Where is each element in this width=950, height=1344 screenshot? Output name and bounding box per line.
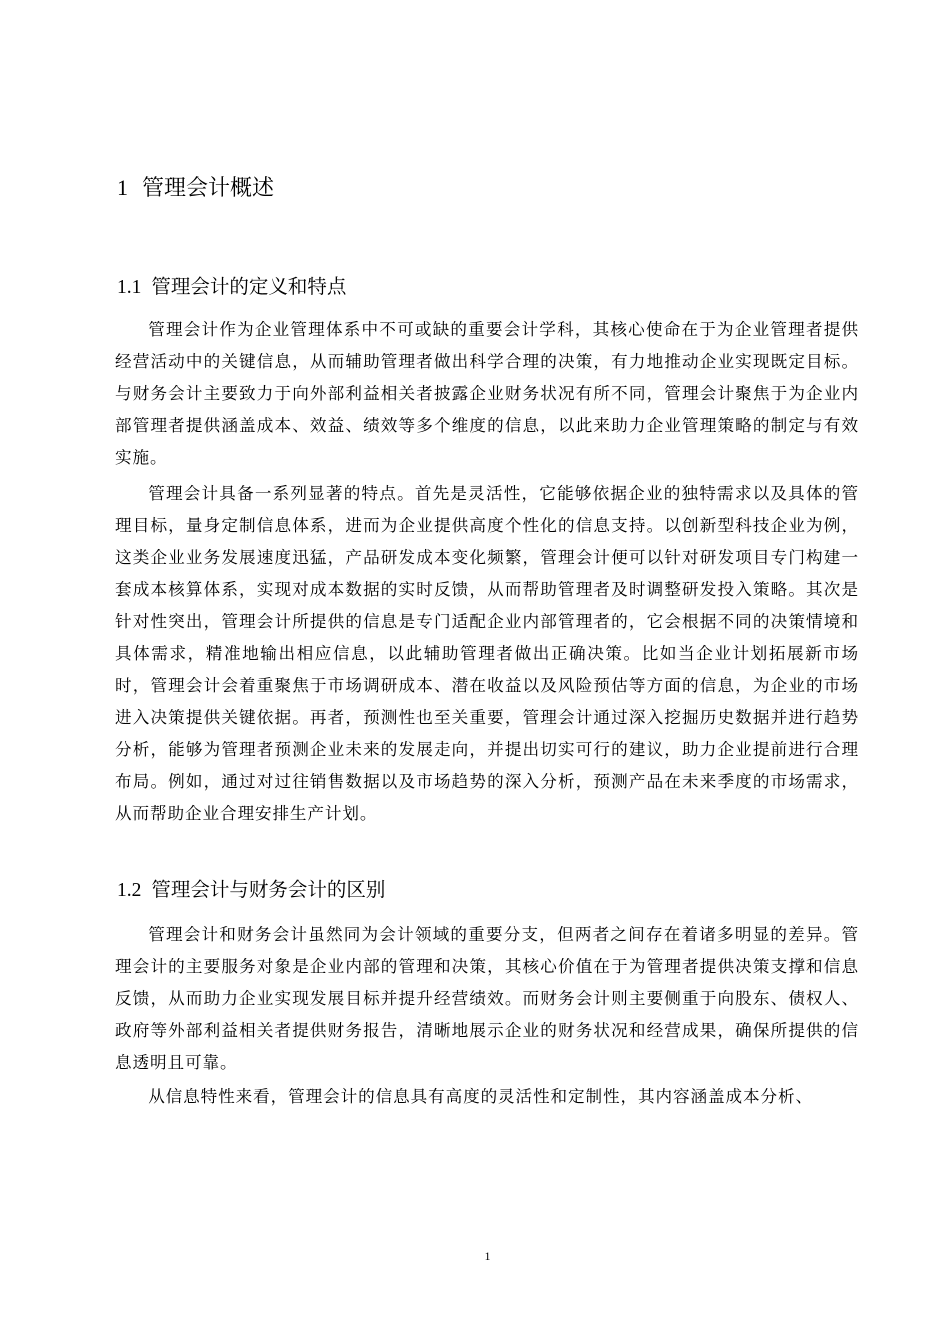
document-page: 1管理会计概述 1.1管理会计的定义和特点 管理会计作为企业管理体系中不可或缺的… bbox=[0, 0, 950, 1344]
chapter-heading: 1管理会计概述 bbox=[117, 173, 274, 204]
paragraph: 从信息特性来看，管理会计的信息具有高度的灵活性和定制性，其内容涵盖成本分析、 bbox=[115, 1081, 859, 1113]
section-title: 管理会计的定义和特点 bbox=[151, 275, 346, 298]
chapter-number: 1 bbox=[117, 175, 128, 200]
paragraph: 管理会计具备一系列显著的特点。首先是灵活性，它能够依据企业的独特需求以及具体的管… bbox=[115, 478, 859, 830]
chapter-title: 管理会计概述 bbox=[142, 176, 274, 201]
section-number: 1.2 bbox=[117, 880, 141, 901]
section-title: 管理会计与财务会计的区别 bbox=[151, 878, 385, 901]
paragraph: 管理会计和财务会计虽然同为会计领域的重要分支，但两者之间存在着诸多明显的差异。管… bbox=[115, 919, 859, 1079]
section-number: 1.1 bbox=[117, 277, 141, 298]
paragraph: 管理会计作为企业管理体系中不可或缺的重要会计学科，其核心使命在于为企业管理者提供… bbox=[115, 314, 859, 474]
section-heading-1-2: 1.2管理会计与财务会计的区别 bbox=[117, 876, 385, 905]
section-heading-1-1: 1.1管理会计的定义和特点 bbox=[117, 273, 346, 302]
page-number: 1 bbox=[0, 1249, 950, 1264]
